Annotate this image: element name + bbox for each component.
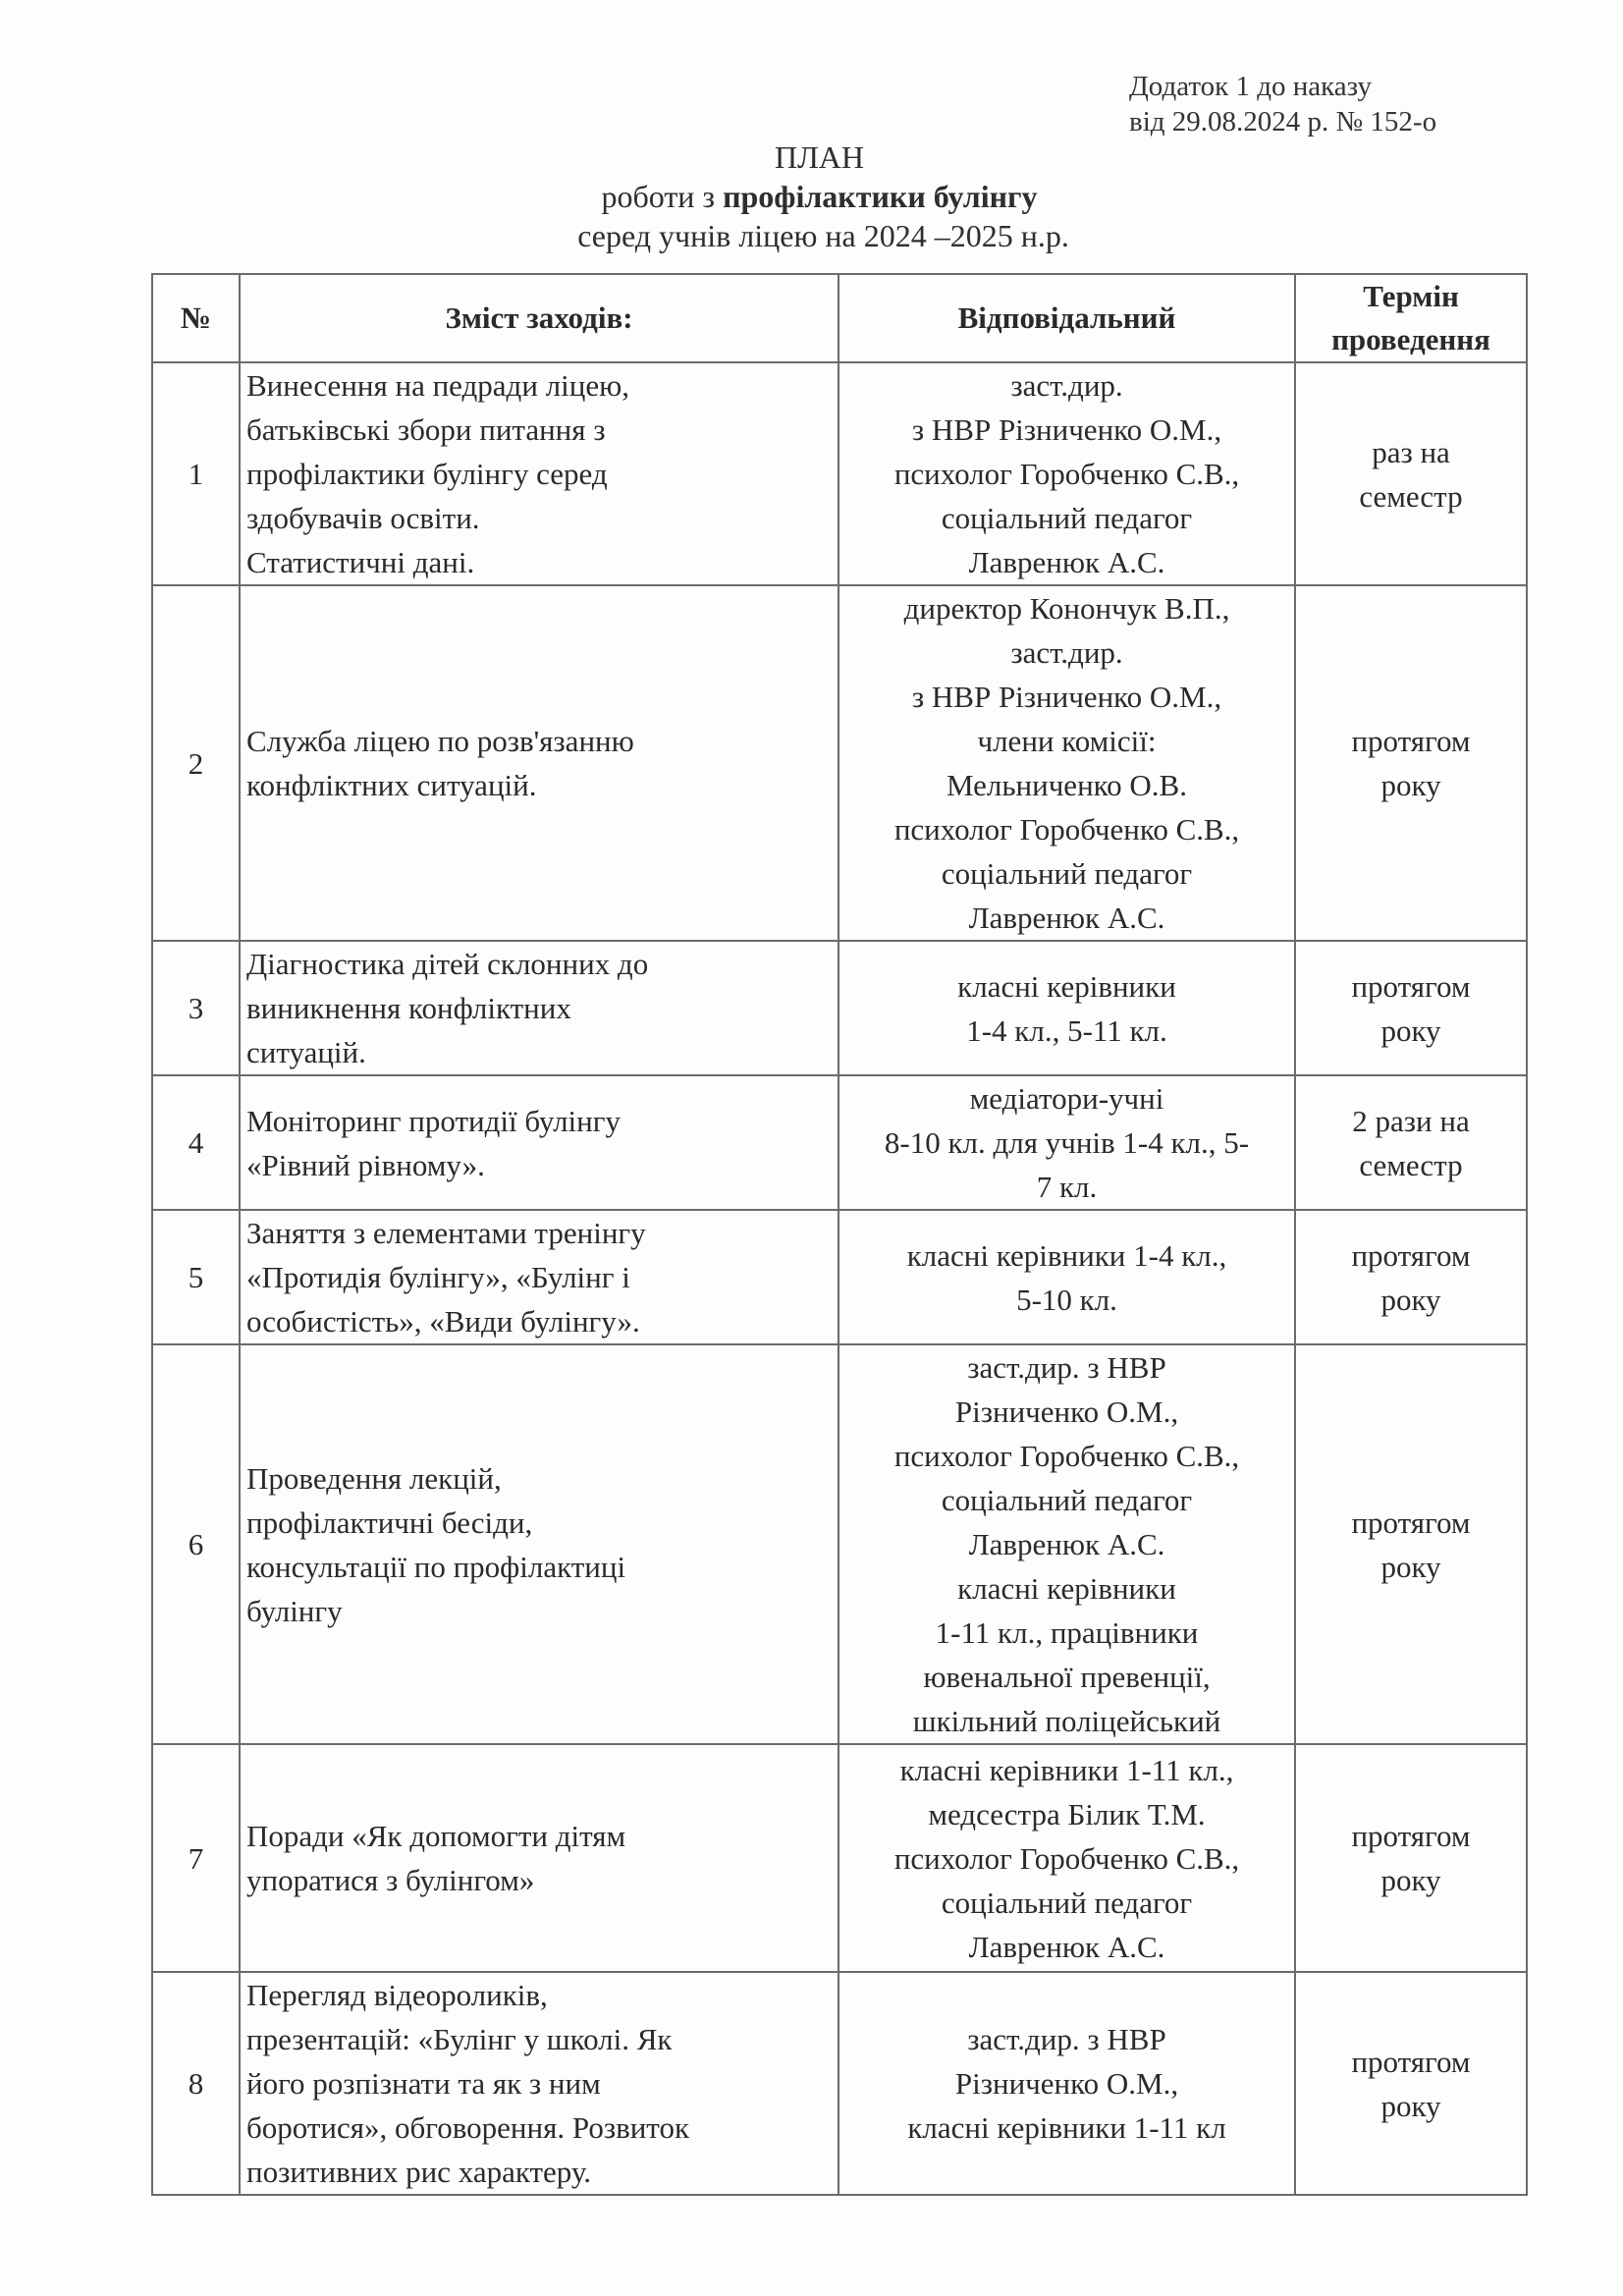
title-scope: серед учнів ліцею на 2024 –2025 н.р. [12,216,1623,255]
row-content: Проведення лекцій, профілактичні бесіди,… [240,1344,839,1744]
table-row: 4 Моніторинг протидії булінгу «Рівний рі… [152,1075,1527,1210]
header-content: Зміст заходів: [240,274,839,362]
row-term: протягом року [1295,585,1527,941]
row-term: протягом року [1295,1972,1527,2195]
row-content: Моніторинг протидії булінгу «Рівний рівн… [240,1075,839,1210]
table-row: 8 Перегляд відеороликів, презентацій: «Б… [152,1972,1527,2195]
row-number: 1 [152,362,240,585]
row-content: Поради «Як допомогти дітям упоратися з б… [240,1744,839,1972]
row-term: протягом року [1295,1344,1527,1744]
row-number: 4 [152,1075,240,1210]
title-plan: ПЛАН [8,137,1623,177]
row-responsible: директор Конончук В.П., заст.дир. з НВР … [839,585,1295,941]
title-subject-bold: профілактики булінгу [723,179,1037,214]
row-content: Винесення на педради ліцею, батьківські … [240,362,839,585]
title-subject-prefix: роботи з [601,179,723,214]
row-content: Діагностика дітей склонних до виникнення… [240,941,839,1075]
row-responsible: медіатори-учні 8-10 кл. для учнів 1-4 кл… [839,1075,1295,1210]
row-content: Служба ліцею по розв'язанню конфліктних … [240,585,839,941]
appendix-line-1: Додаток 1 до наказу [1129,69,1436,104]
row-number: 7 [152,1744,240,1972]
row-content: Перегляд відеороликів, презентацій: «Бул… [240,1972,839,2195]
row-content: Заняття з елементами тренінгу «Протидія … [240,1210,839,1344]
header-term: Термін проведення [1295,274,1527,362]
row-term: протягом року [1295,1210,1527,1344]
plan-table: № Зміст заходів: Відповідальний Термін п… [151,273,1528,2196]
row-responsible: класні керівники 1-4 кл., 5-11 кл. [839,941,1295,1075]
row-responsible: заст.дир. з НВР Різниченко О.М., класні … [839,1972,1295,2195]
table-row: 7 Поради «Як допомогти дітям упоратися з… [152,1744,1527,1972]
row-responsible: заст.дир. з НВР Різниченко О.М., психоло… [839,362,1295,585]
row-term: протягом року [1295,941,1527,1075]
appendix-line-2: від 29.08.2024 р. № 152-о [1129,104,1436,139]
row-number: 3 [152,941,240,1075]
row-term: раз на семестр [1295,362,1527,585]
row-responsible: заст.дир. з НВР Різниченко О.М., психоло… [839,1344,1295,1744]
row-number: 2 [152,585,240,941]
table-row: 2 Служба ліцею по розв'язанню конфліктни… [152,585,1527,941]
table-row: 1 Винесення на педради ліцею, батьківськ… [152,362,1527,585]
table-header-row: № Зміст заходів: Відповідальний Термін п… [152,274,1527,362]
header-number: № [152,274,240,362]
appendix-note: Додаток 1 до наказу від 29.08.2024 р. № … [1129,69,1436,139]
header-responsible: Відповідальний [839,274,1295,362]
table-row: 5 Заняття з елементами тренінгу «Протиді… [152,1210,1527,1344]
title-subject: роботи з профілактики булінгу [8,177,1623,216]
document-title: ПЛАН роботи з профілактики булінгу серед… [0,137,1623,255]
table-row: 3 Діагностика дітей склонних до виникнен… [152,941,1527,1075]
row-number: 8 [152,1972,240,2195]
row-responsible: класні керівники 1-4 кл., 5-10 кл. [839,1210,1295,1344]
row-number: 5 [152,1210,240,1344]
row-term: 2 рази на семестр [1295,1075,1527,1210]
row-term: протягом року [1295,1744,1527,1972]
row-number: 6 [152,1344,240,1744]
table-row: 6 Проведення лекцій, профілактичні бесід… [152,1344,1527,1744]
row-responsible: класні керівники 1-11 кл., медсестра Біл… [839,1744,1295,1972]
